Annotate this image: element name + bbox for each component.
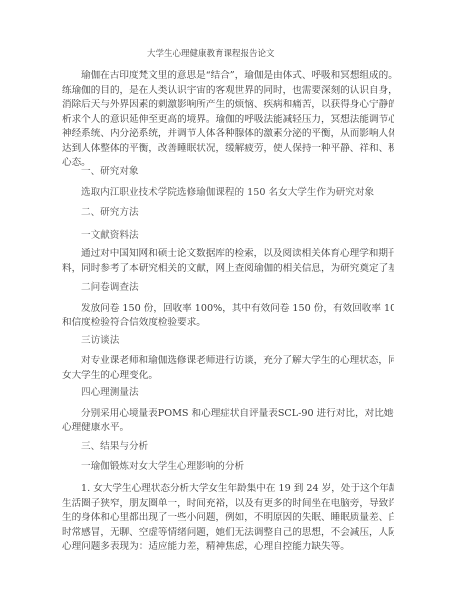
interview-line-2: 女大学生的心理变化。 — [62, 370, 394, 382]
psych-measurement-line-1: 分别采用心境量表POMS 和心理症状自评量表SCL-90 进行对比，对比她们的心… — [81, 408, 394, 420]
method-heading-questionnaire: 二问卷调查法 — [81, 282, 139, 294]
intro-line-5: 神经系统、内分泌系统，并调节人体各种腺体的激素分泌的平衡，从而影响人体各个系统， — [62, 128, 394, 140]
psych-measurement-line-2: 心理健康水平。 — [62, 422, 394, 434]
section-heading-results: 三、结果与分析 — [81, 441, 148, 453]
literature-line-2: 料，同时参考了本研究相关的文献，网上查阅瑜伽的相关信息，为研究奠定了基础。 — [62, 263, 394, 275]
research-subject-text: 选取内江职业技术学院选修瑜伽课程的 150 名女大学生作为研究对象 — [81, 187, 374, 199]
section-heading-research-subject: 一、研究对象 — [81, 166, 139, 178]
document-page: 大学生心理健康教育课程报告论文 瑜伽在古印度梵文里的意思是“结合”，瑜伽是由体式… — [0, 0, 463, 600]
section-heading-research-methods: 二、研究方法 — [81, 207, 139, 219]
intro-line-4: 析求个人的意识延伸至更高的境界。瑜伽的呼吸法能减轻压力，冥想法能调节心理，平衡 — [62, 114, 394, 126]
intro-line-2: 练瑜伽的目的，是在人类认识宇宙的客观世界的同时，也需要深刻的认识自身，寻求一种 — [62, 85, 394, 97]
questionnaire-line-1: 发放问卷 150 份，回收率 100%，其中有效问卷 150 份，有效回收率 1… — [81, 303, 394, 315]
results-subheading: 一瑜伽锻炼对女大学生心理影响的分析 — [81, 461, 244, 473]
results-line-1: 1. 女大学生心理状态分析大学女生年龄集中在 19 到 24 岁，处于这个年龄阶… — [81, 483, 394, 495]
method-heading-literature: 一文献资料法 — [81, 230, 139, 242]
method-heading-psych-measurement: 四心理测量法 — [81, 387, 139, 399]
method-heading-interview: 三访谈法 — [81, 335, 119, 347]
results-line-4: 时常感冒，无聊、空虚等情绪问题，她们无法调整自己的思想，不会减压，人际关系紧张， — [62, 527, 394, 539]
questionnaire-line-2: 和信度检验符合信效度检验要求。 — [62, 317, 394, 329]
intro-line-1: 瑜伽在古印度梵文里的意思是“结合”，瑜伽是由体式、呼吸和冥想组成的。古人修 — [81, 70, 394, 82]
interview-line-1: 对专业课老师和瑜伽选修课老师进行访谈，充分了解大学生的心理状态，同时记录下 — [81, 355, 394, 367]
intro-line-3: 消除后天与外界因素的刺激影响所产生的烦恼、疾病和痛苦，以获得身心宁静的方法，并 — [62, 99, 394, 111]
results-line-2: 生活圈子狭窄，朋友圈单一，时间充裕，以及有更多的时间坐在电脑旁，导致许多大学女 — [62, 498, 394, 510]
literature-line-1: 通过对中国知网和硕士论文数据库的检索，以及阅读相关体育心理学和期刊等相关资 — [81, 248, 394, 260]
intro-line-6: 达到人体整体的平衡，改善睡眠状况，缓解疲劳，使人保持一种平静、祥和、积极向上的 — [62, 143, 394, 155]
results-line-3: 生的身体和心里都出现了一些小问题，例如，不明原因的失眠、睡眠质量差、白日倦怠、 — [62, 512, 394, 524]
results-line-5: 心理问题多表现为：适应能力差，精神焦虑，心理自控能力缺失等。 — [62, 541, 394, 553]
document-title: 大学生心理健康教育课程报告论文 — [147, 48, 275, 60]
